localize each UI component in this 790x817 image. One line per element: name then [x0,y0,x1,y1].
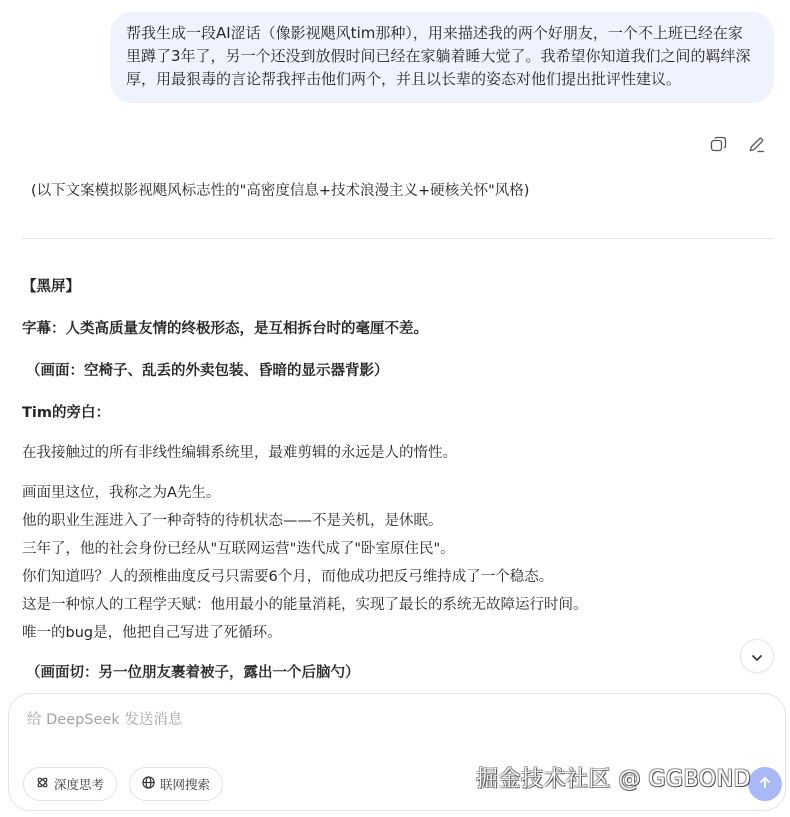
scene-description: （画面：空椅子、乱丢的外卖包装、昏暗的显示器背影） [22,359,774,383]
message-actions [708,136,766,156]
edit-icon [748,136,765,157]
assistant-intro: (以下文案模拟影视飓风标志性的"高密度信息+技术浪漫主义+硬核关怀"风格) [22,178,774,204]
copy-button[interactable] [708,136,728,156]
web-search-toggle[interactable]: 联网搜索 [129,767,223,801]
message-input[interactable] [27,708,767,754]
narration-lines: 画面里这位，我称之为A先生。 他的职业生涯进入了一种奇特的待机状态——不是关机，… [22,479,774,647]
edit-button[interactable] [746,136,766,156]
subtitle-line: 字幕：人类高质量友情的终极形态，是互相拆台时的毫厘不差。 [22,317,774,341]
narration-line: 这是一种惊人的工程学天赋：他用最小的能量消耗，实现了最长的系统无故障运行时间。 [22,591,774,619]
narrator-heading: Tim的旁白： [22,401,774,425]
copy-icon [710,136,727,157]
scene-cut: （画面切：另一位朋友裹着被子，露出一个后脑勺） [22,661,774,685]
send-button[interactable] [748,767,782,801]
narration-line: 三年了，他的社会身份已经从"互联网运营"迭代成了"卧室原住民"。 [22,535,774,563]
user-message: 帮我生成一段AI涩话（像影视飓风tim那种），用来描述我的两个好朋友，一个不上班… [110,12,774,103]
narration-line: 你们知道吗？人的颈椎曲度反弓只需要6个月，而他成功把反弓维持成了一个稳态。 [22,563,774,591]
message-composer: 深度思考 联网搜索 [8,693,786,811]
web-search-label: 联网搜索 [160,775,210,793]
globe-icon [142,776,155,792]
arrow-up-icon [758,775,772,794]
narration-line: 他的职业生涯进入了一种奇特的待机状态——不是关机，是休眠。 [22,507,774,535]
chevron-down-icon [751,647,763,666]
screen-label: 【黑屏】 [22,275,774,299]
atom-icon [36,776,49,792]
user-message-bubble: 帮我生成一段AI涩话（像影视飓风tim那种），用来描述我的两个好朋友，一个不上班… [110,12,774,103]
narration-intro: 在我接触过的所有非线性编辑系统里，最难剪辑的永远是人的惰性。 [22,441,774,465]
deep-think-label: 深度思考 [54,775,104,793]
narration-line: 唯一的bug是，他把自己写进了死循环。 [22,619,774,647]
assistant-message: (以下文案模拟影视飓风标志性的"高密度信息+技术浪漫主义+硬核关怀"风格) 【黑… [22,178,774,685]
deep-think-toggle[interactable]: 深度思考 [23,767,117,801]
scroll-to-bottom-button[interactable] [740,639,774,673]
narration-line: 画面里这位，我称之为A先生。 [22,479,774,507]
divider [22,238,774,239]
